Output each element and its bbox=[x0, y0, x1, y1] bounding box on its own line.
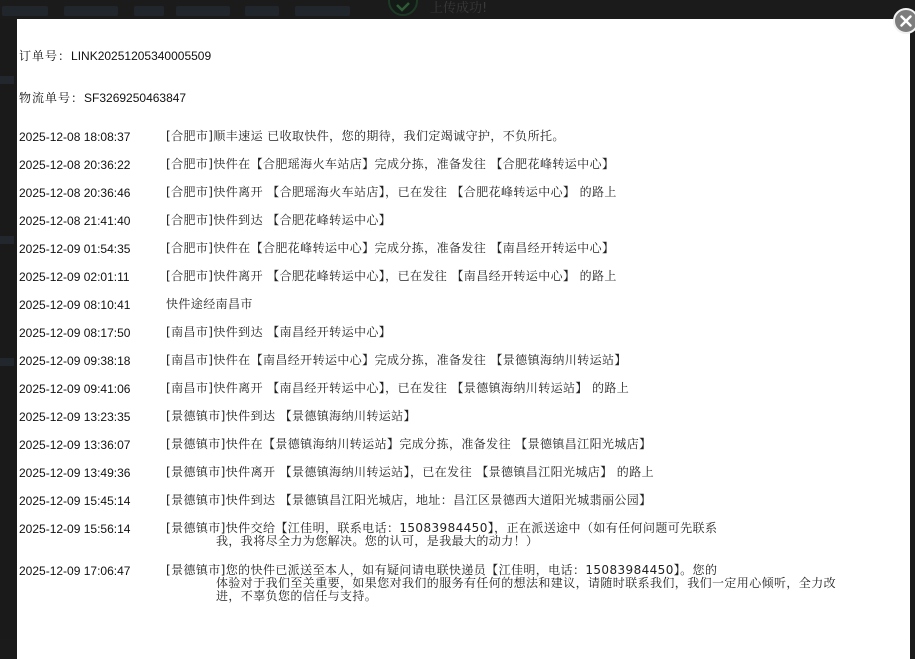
background-text-fragment bbox=[245, 6, 279, 16]
close-button[interactable] bbox=[893, 8, 915, 34]
tracking-timeline: 2025-12-08 18:08:37 [合肥市]顺丰速运 已收取快件，您的期待… bbox=[19, 130, 909, 620]
event-description: [景德镇市]快件离开 【景德镇海纳川转运站】，已在发往 【景德镇昌江阳光城店】 … bbox=[166, 466, 909, 494]
event-line: [景德镇市]快件在【景德镇海纳川转运站】完成分拣，准备发往 【景德镇昌江阳光城店… bbox=[166, 437, 652, 451]
timeline-row: 2025-12-09 15:45:14 [景德镇市]快件到达 【景德镇昌江阳光城… bbox=[19, 494, 909, 522]
event-time: 2025-12-08 20:36:46 bbox=[19, 186, 166, 214]
timeline-row: 2025-12-09 09:41:06 [南昌市]快件离开 【南昌经开转运中心】… bbox=[19, 382, 909, 410]
order-number-label: 订单号： bbox=[19, 49, 71, 63]
event-line: [景德镇市]快件离开 【景德镇海纳川转运站】，已在发往 【景德镇昌江阳光城店】 … bbox=[166, 465, 654, 479]
event-line: [景德镇市]快件到达 【景德镇海纳川转运站】 bbox=[166, 409, 416, 423]
background-text-fragment bbox=[176, 6, 230, 16]
timeline-row: 2025-12-08 18:08:37 [合肥市]顺丰速运 已收取快件，您的期待… bbox=[19, 130, 909, 158]
event-line-continued: 我，我将尽全力为您解决。您的认可，是我最大的动力！） bbox=[166, 535, 909, 548]
event-time: 2025-12-09 08:10:41 bbox=[19, 298, 166, 326]
timeline-row: 2025-12-09 13:23:35 [景德镇市]快件到达 【景德镇海纳川转运… bbox=[19, 410, 909, 438]
event-line: [景德镇市]快件交给【江佳明，联系电话：15083984450】，正在派送途中（… bbox=[166, 521, 717, 535]
event-description: [景德镇市]快件在【景德镇海纳川转运站】完成分拣，准备发往 【景德镇昌江阳光城店… bbox=[166, 438, 909, 466]
event-time: 2025-12-09 13:23:35 bbox=[19, 410, 166, 438]
tracking-number-label: 物流单号： bbox=[19, 91, 84, 105]
event-description: [景德镇市]快件到达 【景德镇昌江阳光城店，地址：昌江区景德西大道阳光城翡丽公园… bbox=[166, 494, 909, 522]
background-text-fragment bbox=[0, 358, 14, 366]
check-circle-icon bbox=[388, 0, 418, 16]
event-line: [南昌市]快件离开 【南昌经开转运中心】，已在发往 【景德镇海纳川转运站】 的路… bbox=[166, 381, 629, 395]
timeline-row: 2025-12-09 08:17:50 [南昌市]快件到达 【南昌经开转运中心】 bbox=[19, 326, 909, 354]
timeline-row: 2025-12-08 21:41:40 [合肥市]快件到达 【合肥花峰转运中心】 bbox=[19, 214, 909, 242]
event-description: 快件途经南昌市 bbox=[166, 298, 909, 326]
background-text-fragment bbox=[64, 6, 118, 16]
timeline-row: 2025-12-08 20:36:22 [合肥市]快件在【合肥瑶海火车站店】完成… bbox=[19, 158, 909, 186]
timeline-row: 2025-12-09 08:10:41 快件途经南昌市 bbox=[19, 298, 909, 326]
event-time: 2025-12-09 02:01:11 bbox=[19, 270, 166, 298]
event-description: [景德镇市]您的快件已派送至本人，如有疑问请电联快递员【江佳明，电话：15083… bbox=[166, 564, 909, 620]
event-description: [南昌市]快件在【南昌经开转运中心】完成分拣，准备发往 【景德镇海纳川转运站】 bbox=[166, 354, 909, 382]
timeline-row: 2025-12-09 13:49:36 [景德镇市]快件离开 【景德镇海纳川转运… bbox=[19, 466, 909, 494]
event-time: 2025-12-08 18:08:37 bbox=[19, 130, 166, 158]
event-line: [合肥市]快件在【合肥瑶海火车站店】完成分拣，准备发往 【合肥花峰转运中心】 bbox=[166, 157, 614, 171]
order-number-value: LINK20251205340005509 bbox=[71, 49, 211, 63]
timeline-row: 2025-12-09 17:06:47 [景德镇市]您的快件已派送至本人，如有疑… bbox=[19, 564, 909, 620]
order-number-line: 订单号：LINK20251205340005509 bbox=[19, 47, 211, 64]
timeline-row: 2025-12-09 15:56:14 [景德镇市]快件交给【江佳明，联系电话：… bbox=[19, 522, 909, 564]
background-text-fragment bbox=[295, 6, 350, 16]
logistics-detail-modal: 订单号：LINK20251205340005509 物流单号：SF3269250… bbox=[17, 19, 910, 639]
event-time: 2025-12-08 20:36:22 bbox=[19, 158, 166, 186]
event-line: [合肥市]快件离开 【合肥瑶海火车站店】，已在发往 【合肥花峰转运中心】 的路上 bbox=[166, 185, 617, 199]
event-time: 2025-12-09 01:54:35 bbox=[19, 242, 166, 270]
timeline-row: 2025-12-09 02:01:11 [合肥市]快件离开 【合肥花峰转运中心】… bbox=[19, 270, 909, 298]
timeline-row: 2025-12-09 13:36:07 [景德镇市]快件在【景德镇海纳川转运站】… bbox=[19, 438, 909, 466]
tracking-number-line: 物流单号：SF3269250463847 bbox=[19, 89, 186, 106]
event-description: [合肥市]快件到达 【合肥花峰转运中心】 bbox=[166, 214, 909, 242]
upload-success-toast: 上传成功! bbox=[388, 0, 487, 16]
event-line: [南昌市]快件到达 【南昌经开转运中心】 bbox=[166, 325, 391, 339]
event-description: [景德镇市]快件到达 【景德镇海纳川转运站】 bbox=[166, 410, 909, 438]
event-description: [南昌市]快件到达 【南昌经开转运中心】 bbox=[166, 326, 909, 354]
background-text-fragment bbox=[0, 76, 14, 84]
timeline-row: 2025-12-08 20:36:46 [合肥市]快件离开 【合肥瑶海火车站店】… bbox=[19, 186, 909, 214]
event-time: 2025-12-09 13:36:07 bbox=[19, 438, 166, 466]
event-description: [景德镇市]快件交给【江佳明，联系电话：15083984450】，正在派送途中（… bbox=[166, 522, 909, 564]
event-time: 2025-12-09 15:56:14 bbox=[19, 522, 166, 564]
event-line: [景德镇市]您的快件已派送至本人，如有疑问请电联快递员【江佳明，电话：15083… bbox=[166, 563, 717, 577]
event-time: 2025-12-09 15:45:14 bbox=[19, 494, 166, 522]
event-line-continued: 进，不辜负您的信任与支持。 bbox=[166, 590, 909, 603]
event-line: [景德镇市]快件到达 【景德镇昌江阳光城店，地址：昌江区景德西大道阳光城翡丽公园… bbox=[166, 493, 652, 507]
background-text-fragment bbox=[134, 6, 164, 16]
close-icon bbox=[900, 15, 912, 27]
event-description: [合肥市]快件在【合肥瑶海火车站店】完成分拣，准备发往 【合肥花峰转运中心】 bbox=[166, 158, 909, 186]
timeline-row: 2025-12-09 01:54:35 [合肥市]快件在【合肥花峰转运中心】完成… bbox=[19, 242, 909, 270]
event-line: [合肥市]顺丰速运 已收取快件，您的期待，我们定竭诚守护，不负所托。 bbox=[166, 129, 565, 143]
event-time: 2025-12-09 09:38:18 bbox=[19, 354, 166, 382]
toast-message: 上传成功! bbox=[430, 0, 487, 16]
event-line: 快件途经南昌市 bbox=[166, 297, 253, 311]
timeline-row: 2025-12-09 09:38:18 [南昌市]快件在【南昌经开转运中心】完成… bbox=[19, 354, 909, 382]
event-line: [合肥市]快件离开 【合肥花峰转运中心】，已在发往 【南昌经开转运中心】 的路上 bbox=[166, 269, 617, 283]
event-description: [南昌市]快件离开 【南昌经开转运中心】，已在发往 【景德镇海纳川转运站】 的路… bbox=[166, 382, 909, 410]
event-line: [南昌市]快件在【南昌经开转运中心】完成分拣，准备发往 【景德镇海纳川转运站】 bbox=[166, 353, 627, 367]
tracking-number-value: SF3269250463847 bbox=[84, 91, 186, 105]
background-text-fragment bbox=[2, 6, 48, 16]
event-description: [合肥市]顺丰速运 已收取快件，您的期待，我们定竭诚守护，不负所托。 bbox=[166, 130, 909, 158]
event-time: 2025-12-09 13:49:36 bbox=[19, 466, 166, 494]
event-description: [合肥市]快件离开 【合肥瑶海火车站店】，已在发往 【合肥花峰转运中心】 的路上 bbox=[166, 186, 909, 214]
event-description: [合肥市]快件离开 【合肥花峰转运中心】，已在发往 【南昌经开转运中心】 的路上 bbox=[166, 270, 909, 298]
event-time: 2025-12-09 08:17:50 bbox=[19, 326, 166, 354]
event-time: 2025-12-09 09:41:06 bbox=[19, 382, 166, 410]
event-description: [合肥市]快件在【合肥花峰转运中心】完成分拣，准备发往 【南昌经开转运中心】 bbox=[166, 242, 909, 270]
event-time: 2025-12-09 17:06:47 bbox=[19, 564, 166, 620]
event-time: 2025-12-08 21:41:40 bbox=[19, 214, 166, 242]
event-line: [合肥市]快件在【合肥花峰转运中心】完成分拣，准备发往 【南昌经开转运中心】 bbox=[166, 241, 614, 255]
event-line: [合肥市]快件到达 【合肥花峰转运中心】 bbox=[166, 213, 391, 227]
background-text-fragment bbox=[0, 236, 14, 244]
